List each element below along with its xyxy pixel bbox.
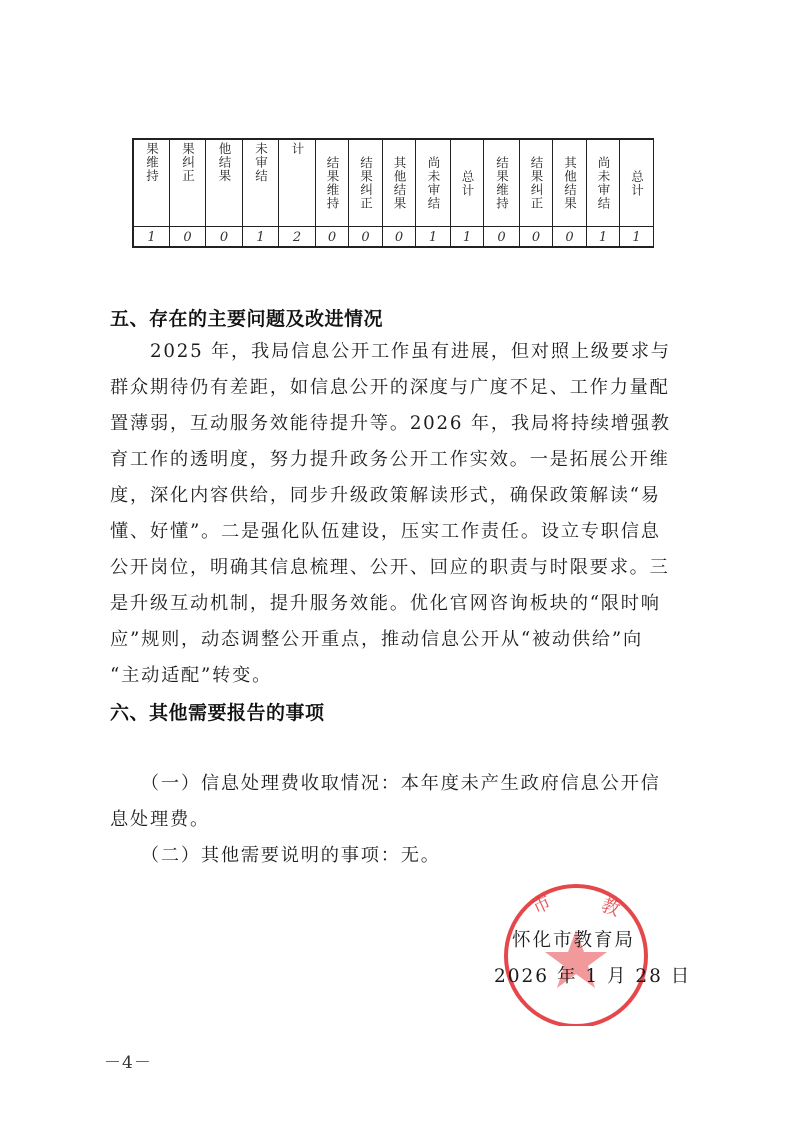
table-column: 总计1 — [620, 140, 654, 246]
table-column: 结果纠正0 — [349, 140, 383, 246]
table-column: 果纠正0 — [170, 140, 206, 246]
statistics-table: 果维持1果纠正0他结果0未审结1计2结果维持0结果纠正0其他结果0尚未审结1总计… — [132, 138, 654, 248]
page-number: －4－ — [104, 1048, 152, 1073]
column-header: 尚未审结 — [596, 156, 610, 210]
table-cell-value: 1 — [134, 226, 169, 247]
table-column: 尚未审结1 — [587, 140, 620, 246]
table-column: 其他结果0 — [553, 140, 587, 246]
text-line: 2025 年，我局信息公开工作虽有进展，但对照上级要求与 — [110, 334, 710, 370]
table-cell-value: 1 — [243, 226, 278, 247]
column-header: 其他结果 — [563, 156, 577, 210]
svg-text:市: 市 — [529, 892, 554, 919]
table-column: 结果维持0 — [484, 140, 520, 246]
table-cell-value: 0 — [170, 226, 205, 247]
table-column: 他结果0 — [206, 140, 243, 246]
svg-text:教: 教 — [598, 895, 622, 921]
table-cell-value: 0 — [206, 226, 242, 247]
text-line: （二）其他需要说明的事项：无。 — [110, 838, 710, 874]
table-cell-value: 2 — [279, 226, 315, 247]
table-column: 果维持1 — [134, 140, 170, 246]
column-header: 结果纠正 — [359, 156, 373, 210]
table-column: 结果维持0 — [316, 140, 349, 246]
section-other-matters-body: （一）信息处理费收取情况：本年度未产生政府信息公开信息处理费。 （二）其他需要说… — [110, 766, 710, 874]
column-header: 结果维持 — [325, 156, 339, 210]
text-line: 置薄弱，互动服务效能待提升等。2026 年，我局将持续增强教 — [110, 406, 710, 442]
table-column: 其他结果0 — [383, 140, 416, 246]
table-cell-value: 0 — [520, 226, 552, 247]
table-cell-value: 1 — [451, 226, 483, 247]
table-cell-value: 1 — [416, 226, 450, 247]
table-column: 尚未审结1 — [416, 140, 451, 246]
table-cell-value: 0 — [316, 226, 348, 247]
table-cell-value: 0 — [553, 226, 586, 247]
table-column: 结果纠正0 — [520, 140, 553, 246]
column-header: 结果维持 — [495, 156, 509, 210]
column-header: 未审结 — [254, 142, 268, 183]
column-header: 果维持 — [145, 142, 159, 183]
column-header: 他结果 — [217, 142, 231, 183]
text-line: 育工作的透明度，努力提升政务公开工作实效。一是拓展公开维 — [110, 442, 710, 478]
table-cell-value: 0 — [349, 226, 382, 247]
text-line: 公开岗位，明确其信息梳理、公开、回应的职责与时限要求。三 — [110, 550, 710, 586]
text-line: 懂、好懂”。二是强化队伍建设，压实工作责任。设立专职信息 — [110, 514, 710, 550]
text-line: 息处理费。 — [110, 802, 710, 838]
table-column: 计2 — [279, 140, 316, 246]
column-header: 计 — [290, 142, 304, 156]
column-header: 尚未审结 — [426, 156, 440, 210]
official-seal-icon: 市 教 — [478, 878, 658, 1026]
text-line: 度，深化内容供给，同步升级政策解读形式，确保政策解读“易 — [110, 478, 710, 514]
text-line: 群众期待仍有差距，如信息公开的深度与广度不足、工作力量配 — [110, 370, 710, 406]
text-line: （一）信息处理费收取情况：本年度未产生政府信息公开信 — [110, 766, 710, 802]
issue-date: 2026 年 1 月 28 日 — [494, 962, 691, 988]
column-header: 果纠正 — [181, 142, 195, 183]
column-header: 其他结果 — [392, 156, 406, 210]
table-cell-value: 1 — [587, 226, 619, 247]
column-header: 结果纠正 — [529, 156, 543, 210]
text-line: 应”规则，动态调整公开重点，推动信息公开从“被动供给”向 — [110, 622, 710, 658]
section-heading-other-matters: 六、其他需要报告的事项 — [110, 698, 325, 725]
table-column: 总计1 — [451, 140, 484, 246]
table-cell-value: 1 — [620, 226, 653, 247]
text-line: “主动适配”转变。 — [110, 658, 710, 694]
text-line: 是升级互动机制，提升服务效能。优化官网咨询板块的“限时响 — [110, 586, 710, 622]
table-cell-value: 0 — [484, 226, 519, 247]
section-heading-problems: 五、存在的主要问题及改进情况 — [110, 304, 383, 331]
issuing-organization: 怀化市教育局 — [512, 926, 635, 952]
table-column: 未审结1 — [243, 140, 279, 246]
column-header: 总计 — [630, 170, 644, 197]
section-problems-body: 2025 年，我局信息公开工作虽有进展，但对照上级要求与群众期待仍有差距，如信息… — [110, 334, 710, 694]
column-header: 总计 — [460, 170, 474, 197]
table-cell-value: 0 — [383, 226, 415, 247]
